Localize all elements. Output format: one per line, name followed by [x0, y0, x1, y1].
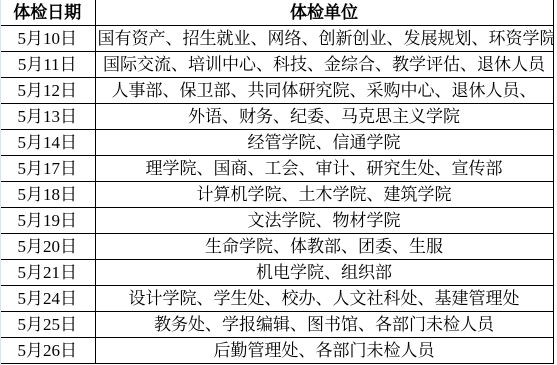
table-row: 5月17日 理学院、国商、工会、审计、研究生处、宣传部 — [0, 156, 553, 182]
units-cell: 机电学院、组织部 — [95, 260, 553, 286]
units-cell: 教务处、学报编辑、图书馆、各部门未检人员 — [95, 312, 553, 338]
table-body: 5月10日 国有资产、招生就业、网络、创新创业、发展规划、环资学院 5月11日 … — [0, 26, 553, 364]
sheet-left-edge — [0, 0, 1, 365]
header-date: 体检日期 — [0, 0, 95, 26]
date-cell: 5月14日 — [0, 130, 95, 156]
header-units: 体检单位 — [95, 0, 553, 26]
date-cell: 5月10日 — [0, 26, 95, 52]
date-cell: 5月20日 — [0, 234, 95, 260]
units-cell: 国有资产、招生就业、网络、创新创业、发展规划、环资学院 — [95, 26, 553, 52]
table-row: 5月11日 国际交流、培训中心、科技、金综合、教学评估、退休人员 — [0, 52, 553, 78]
units-cell: 理学院、国商、工会、审计、研究生处、宣传部 — [95, 156, 553, 182]
units-cell: 人事部、保卫部、共同体研究院、采购中心、退休人员、 — [95, 78, 553, 104]
table-row: 5月20日 生命学院、体教部、团委、生服 — [0, 234, 553, 260]
units-cell: 后勤管理处、各部门未检人员 — [95, 338, 553, 364]
table-row: 5月24日 设计学院、学生处、校办、人文社科处、基建管理处 — [0, 286, 553, 312]
date-cell: 5月17日 — [0, 156, 95, 182]
header-row: 体检日期 体检单位 — [0, 0, 553, 26]
table-row: 5月25日 教务处、学报编辑、图书馆、各部门未检人员 — [0, 312, 553, 338]
date-cell: 5月13日 — [0, 104, 95, 130]
date-cell: 5月25日 — [0, 312, 95, 338]
units-cell: 文法学院、物材学院 — [95, 208, 553, 234]
table-row: 5月26日 后勤管理处、各部门未检人员 — [0, 338, 553, 364]
date-cell: 5月21日 — [0, 260, 95, 286]
units-cell: 设计学院、学生处、校办、人文社科处、基建管理处 — [95, 286, 553, 312]
units-cell: 经管学院、信通学院 — [95, 130, 553, 156]
date-cell: 5月18日 — [0, 182, 95, 208]
date-cell: 5月11日 — [0, 52, 95, 78]
table-row: 5月10日 国有资产、招生就业、网络、创新创业、发展规划、环资学院 — [0, 26, 553, 52]
date-cell: 5月24日 — [0, 286, 95, 312]
schedule-table: 体检日期 体检单位 5月10日 国有资产、招生就业、网络、创新创业、发展规划、环… — [0, 0, 554, 364]
units-cell: 计算机学院、土木学院、建筑学院 — [95, 182, 553, 208]
units-cell: 外语、财务、纪委、马克思主义学院 — [95, 104, 553, 130]
units-cell: 国际交流、培训中心、科技、金综合、教学评估、退休人员 — [95, 52, 553, 78]
date-cell: 5月19日 — [0, 208, 95, 234]
table-row: 5月19日 文法学院、物材学院 — [0, 208, 553, 234]
table-row: 5月18日 计算机学院、土木学院、建筑学院 — [0, 182, 553, 208]
table-row: 5月14日 经管学院、信通学院 — [0, 130, 553, 156]
health-checkup-schedule-sheet: 体检日期 体检单位 5月10日 国有资产、招生就业、网络、创新创业、发展规划、环… — [0, 0, 557, 365]
table-row: 5月12日 人事部、保卫部、共同体研究院、采购中心、退休人员、 — [0, 78, 553, 104]
units-cell: 生命学院、体教部、团委、生服 — [95, 234, 553, 260]
table-row: 5月21日 机电学院、组织部 — [0, 260, 553, 286]
date-cell: 5月26日 — [0, 338, 95, 364]
table-row: 5月13日 外语、财务、纪委、马克思主义学院 — [0, 104, 553, 130]
date-cell: 5月12日 — [0, 78, 95, 104]
